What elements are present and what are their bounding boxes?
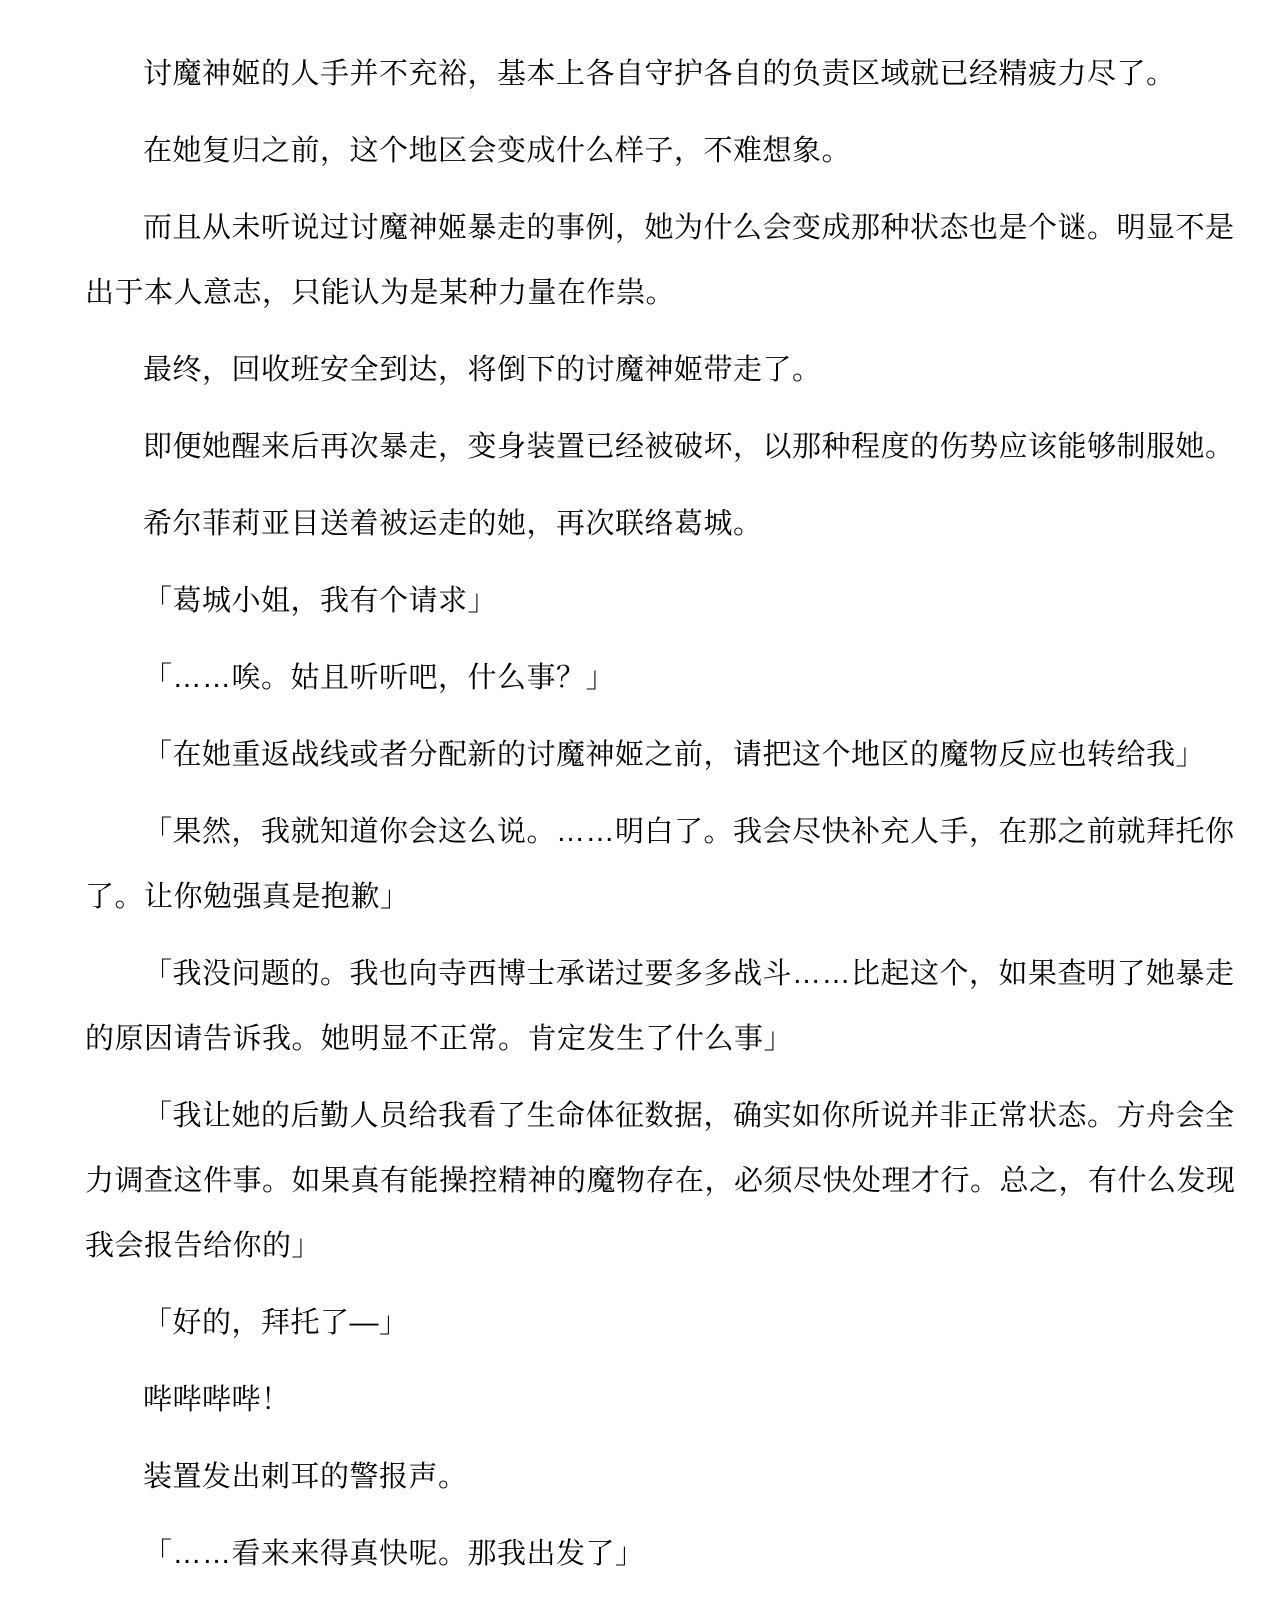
paragraph: 「我让她的后勤人员给我看了生命体征数据，确实如你所说并非正常状态。方舟会全力调查… [85, 1084, 1200, 1279]
paragraph-first-line: 装置发出刺耳的警报声。 [85, 1445, 1200, 1510]
paragraph-wrap-line: 的原因请告诉我。她明显不正常。肯定发生了什么事」 [85, 1007, 1200, 1072]
paragraph-first-line: 讨魔神姬的人手并不充裕，基本上各自守护各自的负责区域就已经精疲力尽了。 [85, 42, 1200, 107]
paragraph-first-line: 「……看来来得真快呢。那我出发了」 [85, 1522, 1200, 1587]
paragraph-first-line: 「我让她的后勤人员给我看了生命体征数据，确实如你所说并非正常状态。方舟会全 [85, 1084, 1200, 1149]
paragraph: 「我没问题的。我也向寺西博士承诺过要多多战斗……比起这个，如果查明了她暴走的原因… [85, 942, 1200, 1072]
paragraph-first-line: 「果然，我就知道你会这么说。……明白了。我会尽快补充人手，在那之前就拜托你 [85, 800, 1200, 865]
paragraph: 讨魔神姬的人手并不充裕，基本上各自守护各自的负责区域就已经精疲力尽了。 [85, 42, 1200, 107]
document-body: 讨魔神姬的人手并不充裕，基本上各自守护各自的负责区域就已经精疲力尽了。在她复归之… [85, 42, 1200, 1587]
paragraph: 「果然，我就知道你会这么说。……明白了。我会尽快补充人手，在那之前就拜托你了。让… [85, 800, 1200, 930]
paragraph-first-line: 「在她重返战线或者分配新的讨魔神姬之前，请把这个地区的魔物反应也转给我」 [85, 723, 1200, 788]
paragraph: 在她复归之前，这个地区会变成什么样子，不难想象。 [85, 119, 1200, 184]
paragraph: 「在她重返战线或者分配新的讨魔神姬之前，请把这个地区的魔物反应也转给我」 [85, 723, 1200, 788]
document-page: 讨魔神姬的人手并不充裕，基本上各自守护各自的负责区域就已经精疲力尽了。在她复归之… [0, 0, 1280, 1624]
paragraph-first-line: 「我没问题的。我也向寺西博士承诺过要多多战斗……比起这个，如果查明了她暴走 [85, 942, 1200, 1007]
paragraph-wrap-line: 了。让你勉强真是抱歉」 [85, 865, 1200, 930]
paragraph-wrap-line: 我会报告给你的」 [85, 1214, 1200, 1279]
paragraph-first-line: 「葛城小姐，我有个请求」 [85, 569, 1200, 634]
paragraph-first-line: 即便她醒来后再次暴走，变身装置已经被破坏，以那种程度的伤势应该能够制服她。 [85, 415, 1200, 480]
paragraph-first-line: 最终，回收班安全到达，将倒下的讨魔神姬带走了。 [85, 338, 1200, 403]
paragraph: 装置发出刺耳的警报声。 [85, 1445, 1200, 1510]
paragraph-wrap-line: 出于本人意志，只能认为是某种力量在作祟。 [85, 261, 1200, 326]
paragraph: 「……唉。姑且听听吧，什么事？」 [85, 646, 1200, 711]
paragraph: 最终，回收班安全到达，将倒下的讨魔神姬带走了。 [85, 338, 1200, 403]
paragraph-first-line: 在她复归之前，这个地区会变成什么样子，不难想象。 [85, 119, 1200, 184]
paragraph-first-line: 「……唉。姑且听听吧，什么事？」 [85, 646, 1200, 711]
paragraph-first-line: 而且从未听说过讨魔神姬暴走的事例，她为什么会变成那种状态也是个谜。明显不是 [85, 196, 1200, 261]
paragraph-first-line: 哔哔哔哔！ [85, 1368, 1200, 1433]
paragraph: 「……看来来得真快呢。那我出发了」 [85, 1522, 1200, 1587]
paragraph: 希尔菲莉亚目送着被运走的她，再次联络葛城。 [85, 492, 1200, 557]
paragraph-first-line: 希尔菲莉亚目送着被运走的她，再次联络葛城。 [85, 492, 1200, 557]
paragraph: 而且从未听说过讨魔神姬暴走的事例，她为什么会变成那种状态也是个谜。明显不是出于本… [85, 196, 1200, 326]
paragraph: 即便她醒来后再次暴走，变身装置已经被破坏，以那种程度的伤势应该能够制服她。 [85, 415, 1200, 480]
paragraph: 哔哔哔哔！ [85, 1368, 1200, 1433]
paragraph: 「好的，拜托了—」 [85, 1291, 1200, 1356]
paragraph-wrap-line: 力调查这件事。如果真有能操控精神的魔物存在，必须尽快处理才行。总之，有什么发现 [85, 1149, 1200, 1214]
paragraph-first-line: 「好的，拜托了—」 [85, 1291, 1200, 1356]
paragraph: 「葛城小姐，我有个请求」 [85, 569, 1200, 634]
